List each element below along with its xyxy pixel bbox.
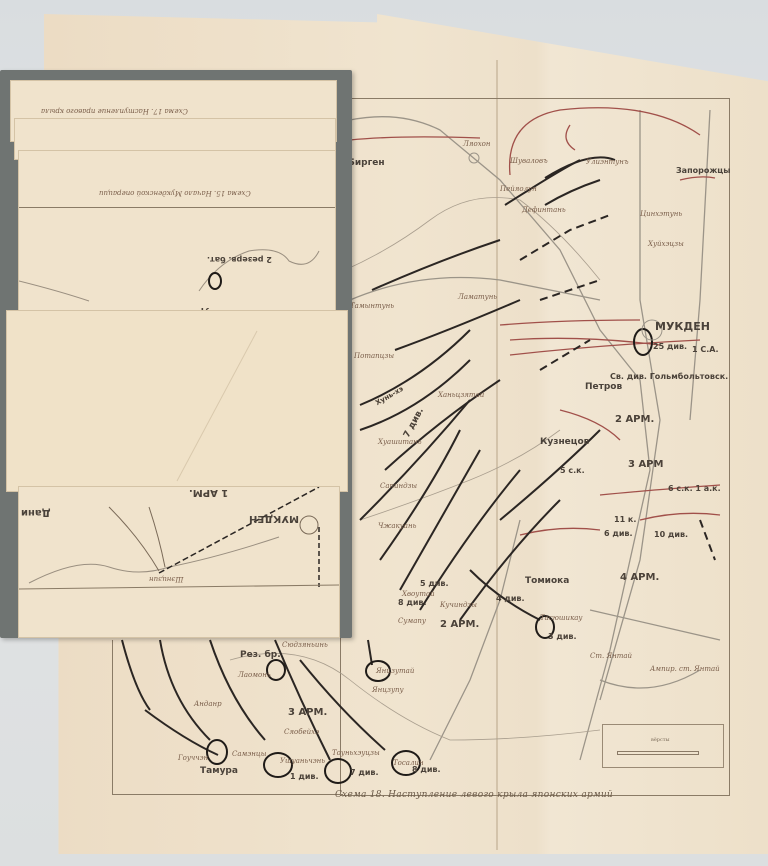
- place-label: Цинхэтунь: [640, 210, 682, 218]
- unit-label-3arm: 3 АРМ: [628, 459, 663, 470]
- place-label: Ушуаньчэнь: [280, 757, 325, 765]
- scale-bar: [617, 751, 699, 755]
- unit-label-4arm: 4 АРМ.: [620, 572, 659, 583]
- bottom-map-city: МУКДЕН: [249, 513, 299, 524]
- place-label: Ляохон: [463, 140, 490, 148]
- unit-label-2arm-south: 2 АРМ.: [440, 619, 479, 630]
- unit-label-10div: 10 див.: [654, 530, 688, 539]
- place-label: Шуваловъ: [510, 157, 548, 165]
- city-label-tomioka: Томиока: [525, 576, 569, 586]
- book-page-map: Схема 15. Начало Мукденской операции 2 р…: [18, 150, 336, 322]
- city-label-tamura: Тамура: [200, 766, 238, 776]
- unit-label-3arm-south: 3 АРМ.: [288, 707, 327, 718]
- place-label: Ампир. ст. Янтай: [650, 665, 720, 673]
- city-label-kuznetsov: Кузнецов: [540, 437, 589, 447]
- place-label: Анданр: [194, 700, 222, 708]
- unit-label-4div: 4 див.: [496, 594, 525, 603]
- place-label: Улиэнтунъ: [586, 158, 629, 166]
- place-label: Ламатунь: [458, 293, 497, 301]
- fold-label: 2 резерв. бат.: [207, 255, 272, 264]
- unit-label-2arm: 2 АРМ.: [615, 414, 654, 425]
- place-label: Потапцзы: [354, 352, 394, 360]
- place-label: Сюдзяньинь: [282, 641, 328, 649]
- place-label: Хвоутай: [402, 590, 435, 598]
- city-label-birgen: Бирген: [348, 158, 385, 168]
- book-flap: [6, 310, 348, 492]
- place-label: Тасюшикау: [540, 614, 582, 622]
- unit-label-6div: 6 див.: [604, 529, 633, 538]
- bottom-map-place-left: Дани: [21, 507, 51, 518]
- book-page-map-bottom: 1 АРМ. МУКДЕН Дани Шэнцзин: [18, 486, 340, 638]
- unit-label-6sk: 6 с.к. 1 а.к.: [668, 484, 721, 493]
- unit-label-8div: 8 див.: [398, 598, 427, 607]
- unit-label-11k: 11 к.: [614, 515, 636, 524]
- page-river-lines: [19, 151, 335, 321]
- place-label: Сапиндзы: [380, 482, 417, 490]
- map-caption: Схема 18. Наступление левого крыла японс…: [335, 790, 613, 800]
- place-label: Дефинтань: [522, 206, 566, 214]
- flap-fold-lines: [7, 311, 347, 491]
- bottom-map-unit: 1 АРМ.: [189, 487, 228, 498]
- place-label: Хуйхэцзы: [648, 240, 684, 248]
- place-label: Гоуччэн: [178, 754, 208, 762]
- place-label: Сяобейхэ: [284, 728, 319, 736]
- unit-label-rez-br: Рез. бр.: [240, 650, 281, 660]
- unit-label-1sa: 1 С.А.: [692, 345, 719, 354]
- page-header: Схема 17. Наступление правого крыла: [41, 107, 188, 115]
- unit-label-5div: 5 див.: [420, 579, 449, 588]
- unit-label-sv-div: Св. див. Гольмбольтовск.: [610, 372, 728, 381]
- place-label: Чжакуань: [378, 522, 416, 530]
- unit-label-25div: 25 див.: [653, 342, 687, 351]
- place-label: Хуашитань: [378, 438, 422, 446]
- place-label: Сумапу: [398, 617, 426, 625]
- place-label: Кучиндзы: [440, 601, 477, 609]
- scale-label: вёрсты: [651, 737, 670, 743]
- unit-label-7div: 7 див.: [350, 768, 379, 777]
- city-label-zaporozhtsy: Запорожцы: [676, 166, 730, 175]
- place-label: Тамынтунь: [350, 302, 394, 310]
- place-label: Пейяолун: [500, 185, 537, 193]
- place-label: Тосалин: [393, 759, 424, 767]
- bottom-map-lines: [19, 487, 339, 637]
- place-label: Ханьцзятай: [438, 391, 484, 399]
- place-label: Тоуньхэуцзы: [332, 749, 380, 757]
- city-label-mukden: МУКДЕН: [655, 320, 710, 333]
- place-label: Лаомонь: [238, 671, 271, 679]
- city-label-petrov: Петров: [585, 382, 622, 392]
- place-label: Янцзупу: [372, 686, 404, 694]
- unit-label-3div: 3 див.: [548, 632, 577, 641]
- place-label: Ст. Янтай: [590, 652, 632, 660]
- place-label: Самэнцы: [232, 750, 266, 758]
- unit-label-1div: 1 див.: [290, 772, 319, 781]
- scale-legend: вёрсты: [602, 724, 724, 768]
- place-label: Янцзутай: [376, 667, 414, 675]
- unit-label-5sk: 5 с.к.: [560, 466, 585, 475]
- bottom-map-place: Шэнцзин: [149, 575, 183, 583]
